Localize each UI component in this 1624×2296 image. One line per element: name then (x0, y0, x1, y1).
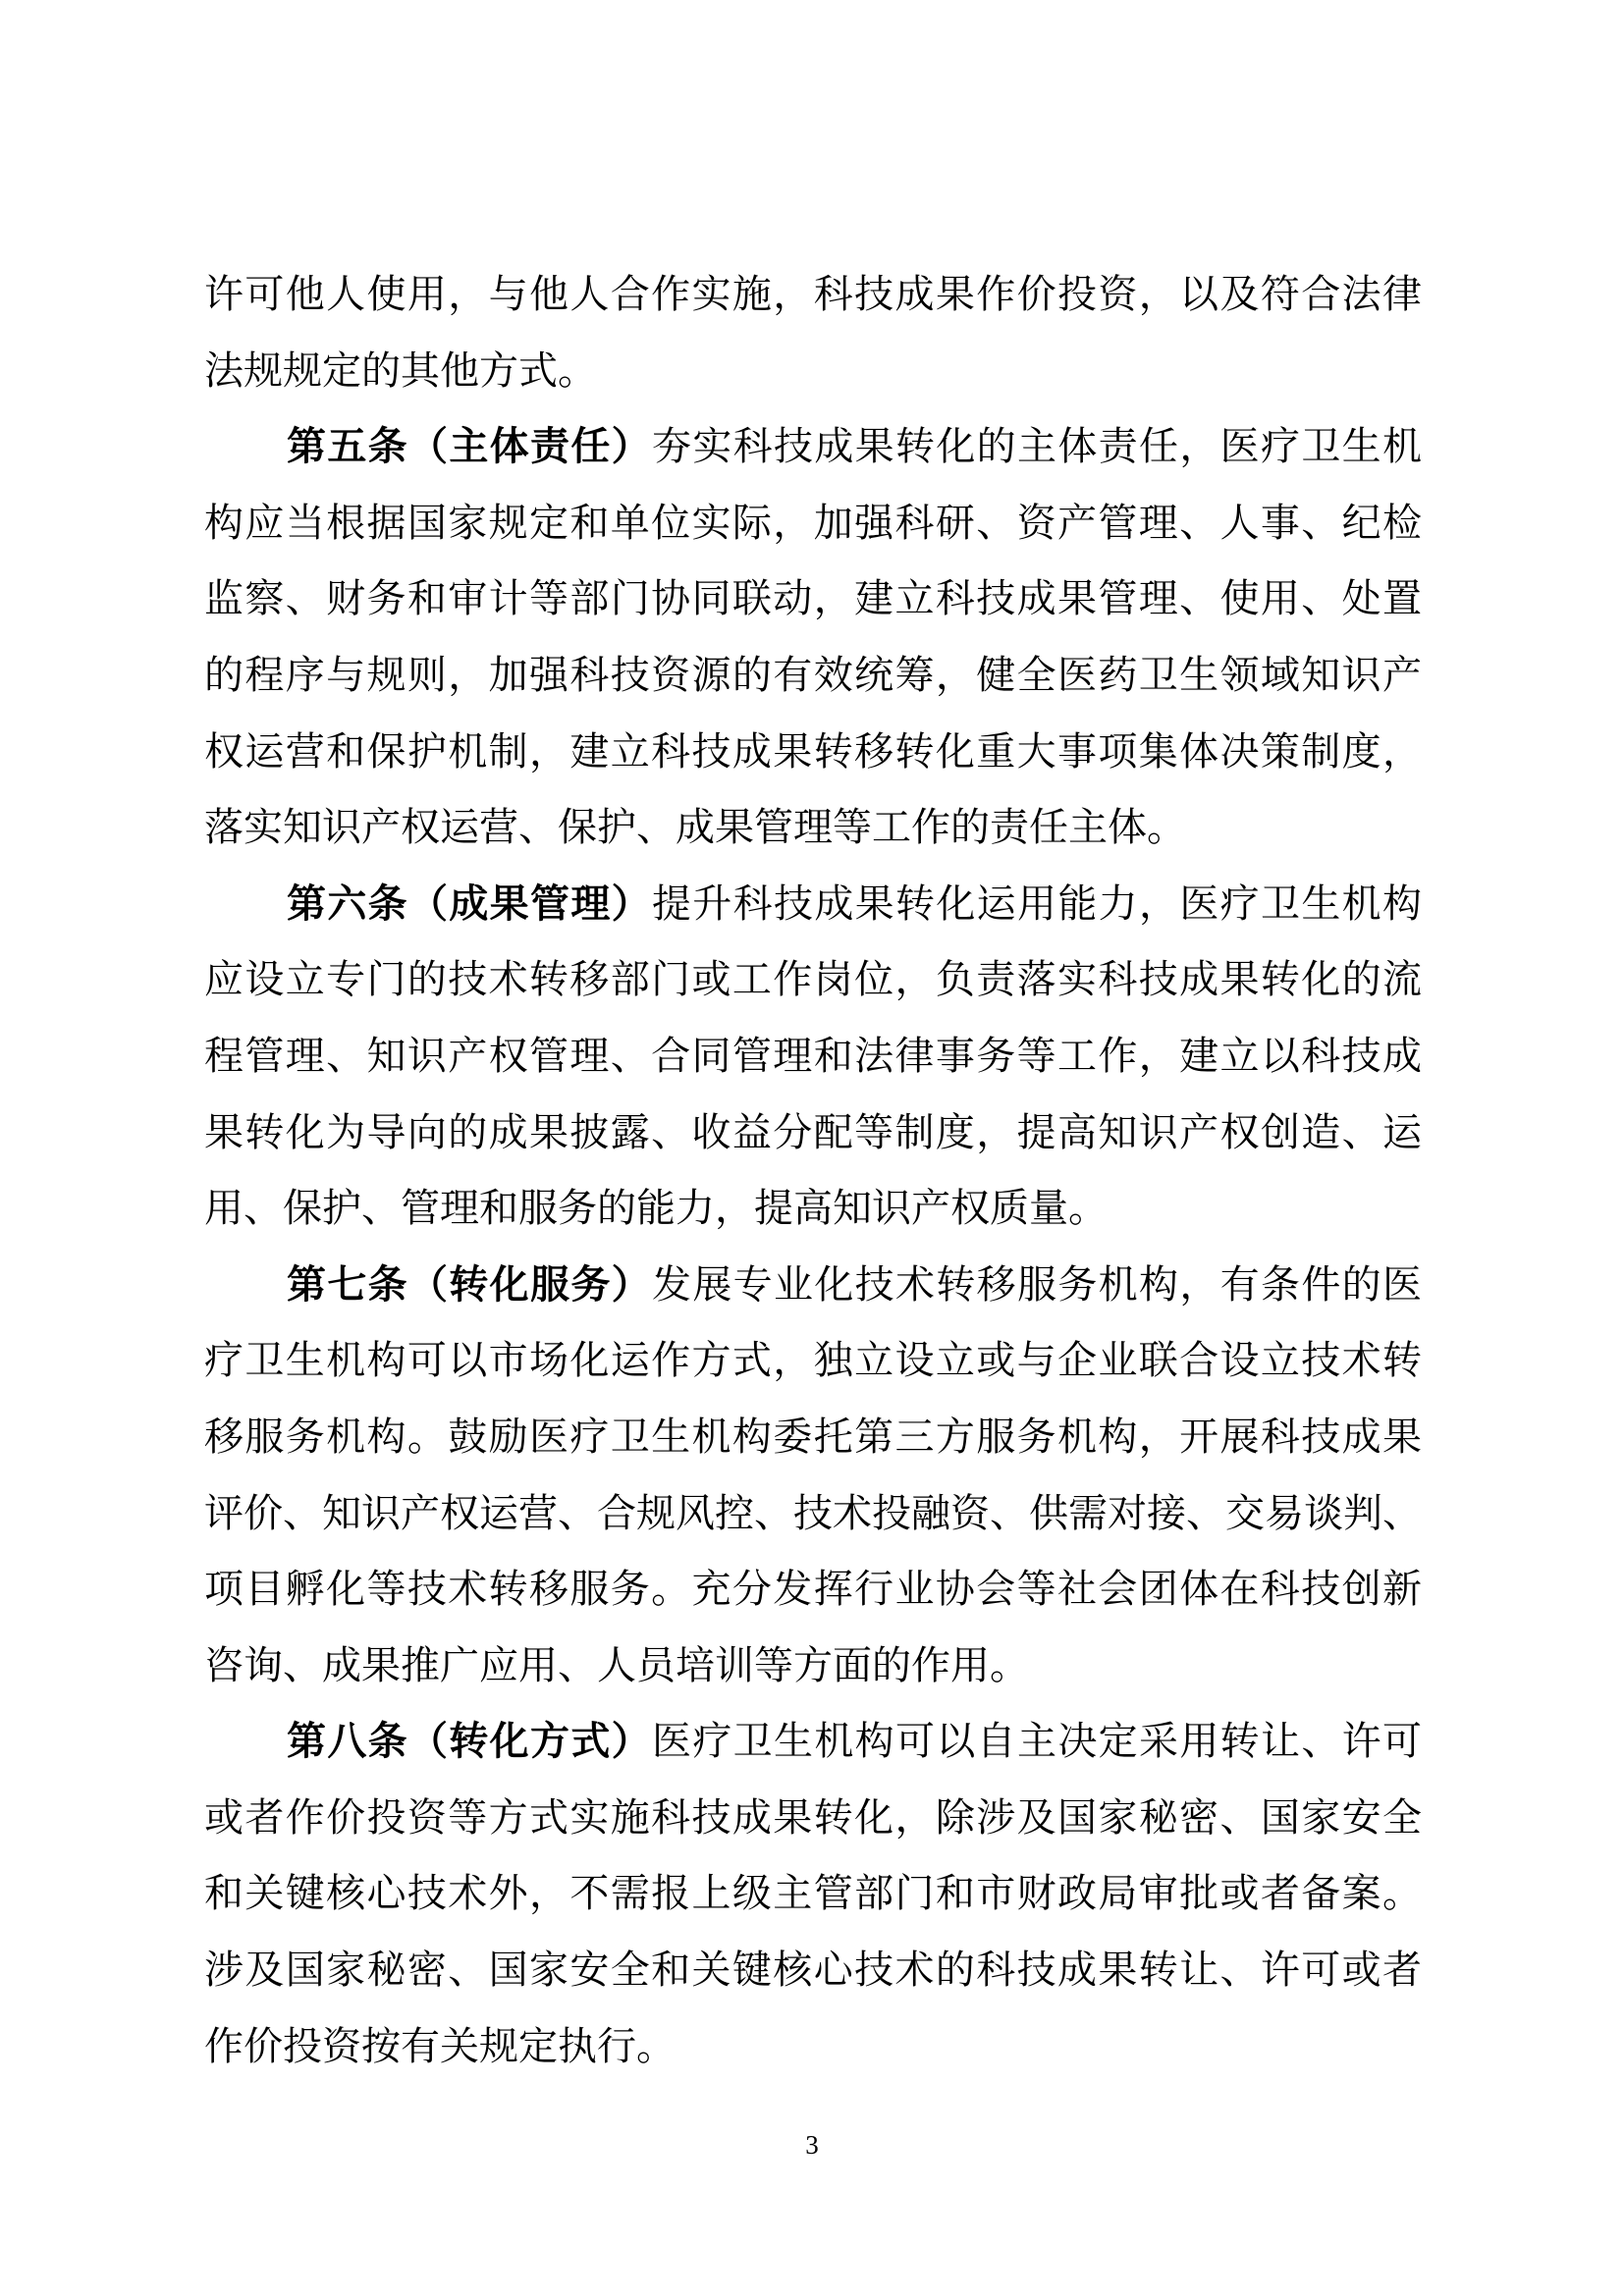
text-line-body: 医疗卫生机构可以自主决定采用转让、许可 (652, 1719, 1422, 1763)
text-line: 应设立专门的技术转移部门或工作岗位，负责落实科技成果转化的流 (204, 941, 1422, 1018)
article-heading: 第七条（转化服务） (287, 1263, 652, 1307)
text-line: 第八条（转化方式）医疗卫生机构可以自主决定采用转让、许可 (204, 1703, 1422, 1780)
text-line: 第六条（成果管理）提升科技成果转化运用能力，医疗卫生机构 (204, 866, 1422, 942)
text-line: 作价投资按有关规定执行。 (204, 2008, 1422, 2085)
text-line: 第七条（转化服务）发展专业化技术转移服务机构，有条件的医 (204, 1247, 1422, 1323)
article-heading: 第八条（转化方式） (287, 1720, 652, 1763)
text-line: 落实知识产权运营、保护、成果管理等工作的责任主体。 (204, 789, 1422, 866)
text-line: 或者作价投资等方式实施科技成果转化，除涉及国家秘密、国家安全 (204, 1780, 1422, 1856)
text-line-body: 夯实科技成果转化的主体责任，医疗卫生机 (652, 424, 1422, 468)
text-line: 监察、财务和审计等部门协同联动，建立科技成果管理、使用、处置 (204, 561, 1422, 637)
article-heading: 第五条（主体责任） (287, 425, 652, 468)
text-line-body: 提升科技成果转化运用能力，医疗卫生机构 (652, 881, 1422, 926)
page-footer: 3 (0, 2120, 1624, 2169)
text-line: 构应当根据国家规定和单位实际，加强科研、资产管理、人事、纪检 (204, 485, 1422, 561)
text-line: 评价、知识产权运营、合规风控、技术投融资、供需对接、交易谈判、 (204, 1475, 1422, 1552)
text-line: 第五条（主体责任）夯实科技成果转化的主体责任，医疗卫生机 (204, 408, 1422, 485)
text-line: 法规规定的其他方式。 (204, 333, 1422, 409)
text-line-body: 发展专业化技术转移服务机构，有条件的医 (652, 1262, 1422, 1307)
text-line: 移服务机构。鼓励医疗卫生机构委托第三方服务机构，开展科技成果 (204, 1399, 1422, 1475)
text-line: 项目孵化等技术转移服务。充分发挥行业协会等社会团体在科技创新 (204, 1551, 1422, 1628)
document-body: 许可他人使用，与他人合作实施，科技成果作价投资，以及符合法律 法规规定的其他方式… (204, 256, 1422, 2084)
text-line: 疗卫生机构可以市场化运作方式，独立设立或与企业联合设立技术转 (204, 1322, 1422, 1399)
article-heading: 第六条（成果管理） (287, 882, 652, 926)
text-line: 的程序与规则，加强科技资源的有效统筹，健全医药卫生领域知识产 (204, 637, 1422, 714)
text-line: 用、保护、管理和服务的能力，提高知识产权质量。 (204, 1170, 1422, 1247)
text-line: 涉及国家秘密、国家安全和关键核心技术的科技成果转让、许可或者 (204, 1932, 1422, 2008)
document-page: 许可他人使用，与他人合作实施，科技成果作价投资，以及符合法律 法规规定的其他方式… (0, 0, 1624, 2296)
text-line: 程管理、知识产权管理、合同管理和法律事务等工作，建立以科技成 (204, 1018, 1422, 1095)
page-number: 3 (805, 2130, 819, 2160)
text-line: 权运营和保护机制，建立科技成果转移转化重大事项集体决策制度， (204, 714, 1422, 790)
text-line: 果转化为导向的成果披露、收益分配等制度，提高知识产权创造、运 (204, 1095, 1422, 1171)
text-line: 和关键核心技术外，不需报上级主管部门和市财政局审批或者备案。 (204, 1855, 1422, 1932)
text-line: 许可他人使用，与他人合作实施，科技成果作价投资，以及符合法律 (204, 256, 1422, 333)
text-line: 咨询、成果推广应用、人员培训等方面的作用。 (204, 1628, 1422, 1704)
